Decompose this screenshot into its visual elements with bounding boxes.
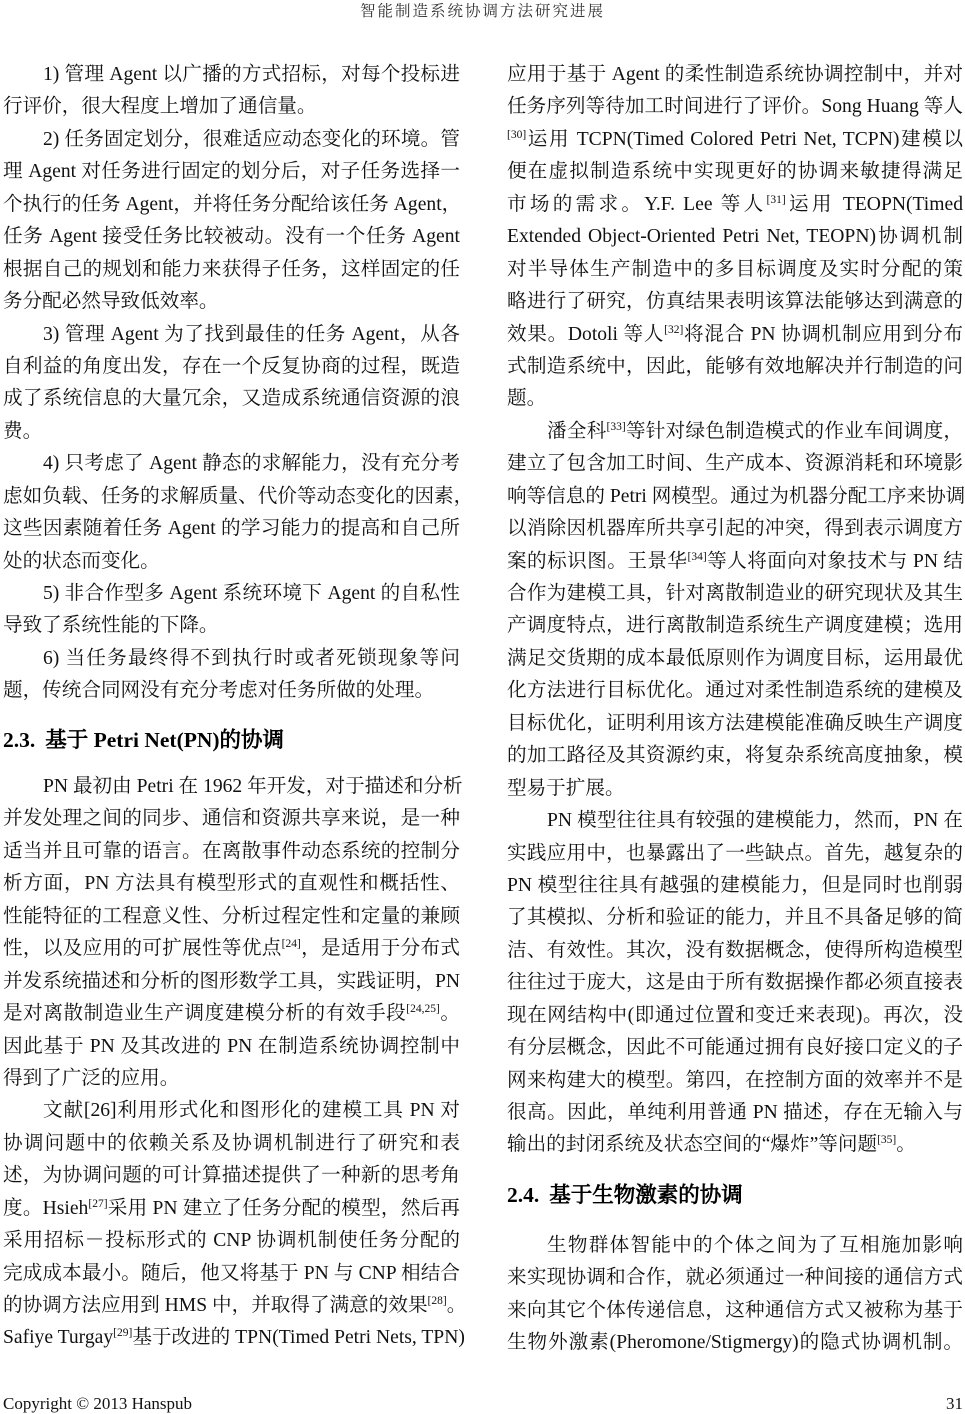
text-line: 有分层概念，因此不可能通过拥有良好接口定义的子 [507, 1032, 963, 1064]
line-text: 得到了广泛的应用。 [3, 1068, 179, 1089]
line-text: 采用 PN 建立了任务分配的模型，然后再 [108, 1198, 460, 1219]
line-text: 并发处理之间的同步、通信和资源共享来说，是一种 [3, 808, 460, 829]
line-text: 。 [896, 1134, 916, 1155]
paragraph: 4) 只考虑了 Agent 静态的求解能力，没有充分考虑如负载、任务的求解质量、… [3, 448, 460, 578]
line-text: 等针对绿色制造模式的作业车间调度， [626, 421, 963, 442]
line-text: 合作为建模工具，针对离散制造业的研究现状及其生 [507, 583, 963, 604]
line-text: 将混合 PN 协调机制应用到分布 [683, 324, 963, 345]
line-text: 费。 [3, 421, 42, 442]
citation-superscript: [34] [687, 551, 706, 563]
paragraph: 应用于基于 Agent 的柔性制造系统协调控制中，并对任务序列等待加工时间进行了… [507, 59, 963, 416]
line-text: 完成成本最小。随后，他又将基于 PN 与 CNP 相结合 [3, 1263, 460, 1284]
left-column-block-2: PN 最初由 Petri 在 1962 年开发，对于描述和分析并发处理之间的同步… [3, 771, 460, 1355]
footer-copyright: Copyright © 2013 Hanspub [3, 1392, 192, 1414]
text-line: 生物群体智能中的个体之间为了互相施加影响 [507, 1230, 963, 1262]
line-text: 6) 当任务最终得不到执行时或者死锁现象等问 [43, 648, 460, 669]
line-text: 案的标识图。王景华 [507, 551, 687, 572]
line-text: 式制造系统中，因此，能够有效地解决并行制造的问 [507, 356, 963, 377]
text-line: 理 Agent 对任务进行固定的划分后，对子任务选择一 [3, 156, 460, 188]
text-line: 4) 只考虑了 Agent 静态的求解能力，没有充分考 [3, 448, 460, 480]
running-header-title: 智能制造系统协调方法研究进展 [0, 0, 965, 22]
section-heading-2-3: 2.3.基于 Petri Net(PN)的协调 [3, 724, 284, 756]
text-line: 3) 管理 Agent 为了找到最佳的任务 Agent，从各 [3, 319, 460, 351]
line-text: 潘全科 [547, 421, 607, 442]
text-line: 网来构建大的模型。第四，在控制方面的效率并不是 [507, 1065, 963, 1097]
paragraph: PN 模型往往具有较强的建模能力，然而，PN 在实践应用中，也暴露出了一些缺点。… [507, 805, 963, 1162]
line-text: 是对离散制造业生产调度建模分析的有效手段 [3, 1003, 406, 1024]
line-text: 度。Hsieh [3, 1198, 88, 1219]
text-line: 潘全科[33]等针对绿色制造模式的作业车间调度， [507, 416, 963, 448]
text-line: 以消除因机器库所共享引起的冲突，得到表示调度方 [507, 513, 963, 545]
text-line: PN 模型往往具有越强的建模能力，但是同时也削弱 [507, 870, 963, 902]
text-line: Extended Object-Oriented Petri Net, TEOP… [507, 221, 963, 253]
text-line: 是对离散制造业生产调度建模分析的有效手段[24,25]。 [3, 998, 460, 1030]
line-text: 述，为协调问题的可计算描述提供了一种新的思考角 [3, 1165, 460, 1186]
text-line: 响等信息的 Petri 网模型。通过为机器分配工序来协调 [507, 481, 963, 513]
section-title: 基于生物激素的协调 [549, 1183, 743, 1207]
citation-superscript: [24,25] [406, 1003, 440, 1015]
citation-superscript: [24] [282, 938, 301, 950]
text-line: 题。 [507, 383, 963, 415]
paragraph: 2) 任务固定划分，很难适应动态变化的环境。管理 Agent 对任务进行固定的划… [3, 124, 460, 319]
citation-superscript: [33] [607, 421, 626, 433]
text-line: 很高。因此，单纯利用普通 PN 描述，存在无输入与 [507, 1097, 963, 1129]
line-text: 对半导体生产制造中的多目标调度及实时分配的策 [507, 259, 963, 280]
paragraph: 5) 非合作型多 Agent 系统环境下 Agent 的自私性导致了系统性能的下… [3, 578, 460, 643]
line-text: 建立了包含加工时间、生产成本、资源消耗和环境影 [507, 453, 963, 474]
line-text: 5) 非合作型多 Agent 系统环境下 Agent 的自私性 [43, 583, 460, 604]
line-text: 因此基于 PN 及其改进的 PN 在制造系统协调控制中 [3, 1036, 460, 1057]
line-text: 题，传统合同网没有充分考虑对任务所做的处理。 [3, 680, 434, 701]
text-line: 了其模拟、分析和验证的能力，并且不具备足够的简 [507, 902, 963, 934]
line-text: 等人将面向对象技术与 PN 结 [707, 551, 963, 572]
text-line: 述，为协调问题的可计算描述提供了一种新的思考角 [3, 1160, 460, 1192]
line-text: 个执行的任务 Agent，并将任务分配给该任务 Agent， [3, 194, 461, 215]
text-line: 个执行的任务 Agent，并将任务分配给该任务 Agent， [3, 189, 460, 221]
text-line: 行评价，很大程度上增加了通信量。 [3, 91, 460, 123]
line-text: 有分层概念，因此不可能通过拥有良好接口定义的子 [507, 1037, 963, 1058]
text-line: 协调问题中的依赖关系及协调机制进行了研究和表 [3, 1128, 460, 1160]
text-line: 采用招标－投标形式的 CNP 协调机制使任务分配的 [3, 1225, 460, 1257]
text-line: 处的状态而变化。 [3, 546, 460, 578]
text-line: 市场的需求。Y.F. Lee 等人[31]运用 TEOPN(Timed [507, 189, 963, 221]
text-line: 得到了广泛的应用。 [3, 1063, 460, 1095]
line-text: 应用于基于 Agent 的柔性制造系统协调控制中，并对 [507, 64, 963, 85]
line-text: Extended Object-Oriented Petri Net, TEOP… [507, 226, 963, 247]
line-text: 响等信息的 Petri 网模型。通过为机器分配工序来协调 [507, 486, 965, 507]
text-line: PN 最初由 Petri 在 1962 年开发，对于描述和分析 [3, 771, 460, 803]
line-text: 自利益的角度出发，存在一个反复协商的过程，既造 [3, 356, 460, 377]
paragraph: PN 最初由 Petri 在 1962 年开发，对于描述和分析并发处理之间的同步… [3, 771, 460, 1095]
text-line: 对半导体生产制造中的多目标调度及实时分配的策 [507, 254, 963, 286]
line-text: 任务 Agent 接受任务比较被动。没有一个任务 Agent [3, 226, 460, 247]
line-text: 网来构建大的模型。第四，在控制方面的效率并不是 [507, 1070, 963, 1091]
paper-page: 智能制造系统协调方法研究进展 1) 管理 Agent 以广播的方式招标，对每个投… [0, 0, 965, 1414]
line-text: ，是适用于分布式 [301, 938, 460, 959]
text-line: 洁、有效性。其次，没有数据概念，使得所构造模型 [507, 935, 963, 967]
line-text: 。 [440, 1003, 460, 1024]
line-text: 运用 TEOPN(Timed [786, 194, 963, 215]
line-text: 采用招标－投标形式的 CNP 协调机制使任务分配的 [3, 1230, 460, 1251]
line-text: 2) 任务固定划分，很难适应动态变化的环境。管 [43, 129, 460, 150]
citation-superscript: [31] [766, 194, 785, 206]
text-line: 来向其它个体传递信息，这种通信方式又被称为基于 [507, 1295, 963, 1327]
text-line: 实践应用中，也暴露出了一些缺点。首先，越复杂的 [507, 838, 963, 870]
line-text: 产调度特点，进行离散制造系统生产调度建模；选用 [507, 615, 963, 636]
text-line: 任务 Agent 接受任务比较被动。没有一个任务 Agent [3, 221, 460, 253]
text-line: 化方法进行目标优化。通过对柔性制造系统的建模及 [507, 675, 963, 707]
line-text: 理 Agent 对任务进行固定的划分后，对子任务选择一 [3, 161, 460, 182]
line-text: PN 模型往往具有越强的建模能力，但是同时也削弱 [507, 875, 963, 896]
line-text: 以消除因机器库所共享引起的冲突，得到表示调度方 [507, 518, 963, 539]
citation-superscript: [32] [664, 324, 683, 336]
text-line: 并发处理之间的同步、通信和资源共享来说，是一种 [3, 803, 460, 835]
text-line: 成了系统信息的大量冗余，又造成系统通信资源的浪 [3, 383, 460, 415]
line-text: 题。 [507, 388, 546, 409]
paragraph: 潘全科[33]等针对绿色制造模式的作业车间调度，建立了包含加工时间、生产成本、资… [507, 416, 963, 805]
citation-superscript: [28] [428, 1295, 447, 1307]
text-line: 文献[26]利用形式化和图形化的建模工具 PN 对 [3, 1095, 460, 1127]
line-text: 现在网结构中(即通过位置和变迁来表现)。再次，没 [507, 1005, 963, 1026]
line-text: 生物群体智能中的个体之间为了互相施加影响 [547, 1235, 963, 1256]
line-text: 化方法进行目标优化。通过对柔性制造系统的建模及 [507, 680, 963, 701]
line-text: 成了系统信息的大量冗余，又造成系统通信资源的浪 [3, 388, 460, 409]
text-line: 生物外激素(Pheromone/Stigmergy)的隐式协调机制。 [507, 1327, 963, 1359]
line-text: 生物外激素(Pheromone/Stigmergy)的隐式协调机制。 [507, 1332, 963, 1353]
text-line: 满足交货期的成本最低原则作为调度目标，运用最优 [507, 643, 963, 675]
citation-superscript: [29] [113, 1327, 132, 1339]
line-text: 洁、有效性。其次，没有数据概念，使得所构造模型 [507, 940, 963, 961]
line-text: 任务序列等待加工时间进行了评价。Song Huang 等人 [507, 96, 963, 117]
text-line: 的加工路径及其资源约束，将复杂系统高度抽象，模 [507, 740, 963, 772]
line-text: 性能特征的工程意义性、分析过程定性和定量的兼顾 [3, 906, 460, 927]
line-text: 运用 TCPN(Timed Colored Petri Net, TCPN)建模… [526, 129, 963, 150]
line-text: 处的状态而变化。 [3, 551, 160, 572]
line-text: 3) 管理 Agent 为了找到最佳的任务 Agent，从各 [43, 324, 460, 345]
section-title: 基于 Petri Net(PN)的协调 [45, 728, 284, 752]
line-text: 了其模拟、分析和验证的能力，并且不具备足够的简 [507, 907, 963, 928]
text-line: 费。 [3, 416, 460, 448]
text-line: 务分配必然导致低效率。 [3, 286, 460, 318]
text-line: 任务序列等待加工时间进行了评价。Song Huang 等人 [507, 91, 963, 123]
line-text: 4) 只考虑了 Agent 静态的求解能力，没有充分考 [43, 453, 460, 474]
line-text: 适当并且可靠的语言。在离散事件动态系统的控制分 [3, 841, 460, 862]
right-column-block-2: 生物群体智能中的个体之间为了互相施加影响来实现协调和合作，就必须通过一种间接的通… [507, 1230, 963, 1360]
line-text: 务分配必然导致低效率。 [3, 291, 219, 312]
text-line: 案的标识图。王景华[34]等人将面向对象技术与 PN 结 [507, 546, 963, 578]
line-text: 根据自己的规划和能力来获得子任务，这样固定的任 [3, 259, 460, 280]
line-text: 基于改进的 TPN(Timed Petri Nets, TPN) [132, 1327, 465, 1348]
text-line: 效果。Dotoli 等人[32]将混合 PN 协调机制应用到分布 [507, 319, 963, 351]
text-line: 式制造系统中，因此，能够有效地解决并行制造的问 [507, 351, 963, 383]
text-line: 适当并且可靠的语言。在离散事件动态系统的控制分 [3, 836, 460, 868]
text-line: 5) 非合作型多 Agent 系统环境下 Agent 的自私性 [3, 578, 460, 610]
text-line: 来实现协调和合作，就必须通过一种间接的通信方式 [507, 1262, 963, 1294]
text-line: 这些因素随着任务 Agent 的学习能力的提高和自己所 [3, 513, 460, 545]
paragraph: 文献[26]利用形式化和图形化的建模工具 PN 对协调问题中的依赖关系及协调机制… [3, 1095, 460, 1355]
page-number: 31 [946, 1392, 963, 1414]
text-line: 型易于扩展。 [507, 773, 963, 805]
text-line: 建立了包含加工时间、生产成本、资源消耗和环境影 [507, 448, 963, 480]
text-line: 虑如负载、任务的求解质量、代价等动态变化的因素， [3, 481, 460, 513]
line-text: 略进行了研究，仿真结果表明该算法能够达到满意的 [507, 291, 963, 312]
text-line: 自利益的角度出发，存在一个反复协商的过程，既造 [3, 351, 460, 383]
text-line: 略进行了研究，仿真结果表明该算法能够达到满意的 [507, 286, 963, 318]
text-line: 并发系统描述和分析的图形数学工具，实践证明，PN [3, 966, 460, 998]
text-line: 现在网结构中(即通过位置和变迁来表现)。再次，没 [507, 1000, 963, 1032]
text-line: 导致了系统性能的下降。 [3, 610, 460, 642]
text-line: 根据自己的规划和能力来获得子任务，这样固定的任 [3, 254, 460, 286]
line-text: 析方面，PN 方法具有模型形式的直观性和概括性、 [3, 873, 460, 894]
line-text: 满足交货期的成本最低原则作为调度目标，运用最优 [507, 648, 963, 669]
text-line: 因此基于 PN 及其改进的 PN 在制造系统协调控制中 [3, 1031, 460, 1063]
text-line: 往往过于庞大，这是由于所有数据操作都必须直接表 [507, 967, 963, 999]
line-text: 很高。因此，单纯利用普通 PN 描述，存在无输入与 [507, 1102, 963, 1123]
line-text: 的协调方法应用到 HMS 中，并取得了满意的效果 [3, 1295, 428, 1316]
line-text: Safiye Turgay [3, 1327, 113, 1348]
line-text: 。 [447, 1295, 467, 1316]
text-line: 性，以及应用的可扩展性等优点[24]，是适用于分布式 [3, 933, 460, 965]
text-line: 输出的封闭系统及状态空间的“爆炸”等问题[35]。 [507, 1129, 963, 1161]
text-line: Safiye Turgay[29]基于改进的 TPN(Timed Petri N… [3, 1322, 460, 1354]
text-line: 1) 管理 Agent 以广播的方式招标，对每个投标进 [3, 59, 460, 91]
line-text: 性，以及应用的可扩展性等优点 [3, 938, 282, 959]
text-line: 题，传统合同网没有充分考虑对任务所做的处理。 [3, 675, 460, 707]
line-text: 协调问题中的依赖关系及协调机制进行了研究和表 [3, 1133, 460, 1154]
section-number: 2.3. [3, 728, 35, 752]
line-text: 文献[26]利用形式化和图形化的建模工具 PN 对 [43, 1100, 460, 1121]
line-text: 来向其它个体传递信息，这种通信方式又被称为基于 [507, 1300, 963, 1321]
text-line: 目标优化，证明利用该方法建模能准确反映生产调度 [507, 708, 963, 740]
paragraph: 1) 管理 Agent 以广播的方式招标，对每个投标进行评价，很大程度上增加了通… [3, 59, 460, 124]
line-text: 1) 管理 Agent 以广播的方式招标，对每个投标进 [43, 64, 460, 85]
line-text: 行评价，很大程度上增加了通信量。 [3, 96, 317, 117]
text-line: 完成成本最小。随后，他又将基于 PN 与 CNP 相结合 [3, 1258, 460, 1290]
section-heading-2-4: 2.4.基于生物激素的协调 [507, 1179, 743, 1211]
line-text: 输出的封闭系统及状态空间的“爆炸”等问题 [507, 1134, 877, 1155]
line-text: 便在虚拟制造系统中实现更好的协调来敏捷得满足 [507, 161, 963, 182]
citation-superscript: [27] [88, 1198, 107, 1210]
text-line: 度。Hsieh[27]采用 PN 建立了任务分配的模型，然后再 [3, 1193, 460, 1225]
line-text: 来实现协调和合作，就必须通过一种间接的通信方式 [507, 1267, 963, 1288]
text-line: 析方面，PN 方法具有模型形式的直观性和概括性、 [3, 868, 460, 900]
citation-superscript: [30] [507, 129, 526, 141]
line-text: 实践应用中，也暴露出了一些缺点。首先，越复杂的 [507, 843, 963, 864]
citation-superscript: [35] [877, 1134, 896, 1146]
line-text: PN 模型往往具有较强的建模能力，然而，PN 在 [547, 810, 963, 831]
text-line: 的协调方法应用到 HMS 中，并取得了满意的效果[28]。 [3, 1290, 460, 1322]
paragraph: 生物群体智能中的个体之间为了互相施加影响来实现协调和合作，就必须通过一种间接的通… [507, 1230, 963, 1360]
left-column-block-1: 1) 管理 Agent 以广播的方式招标，对每个投标进行评价，很大程度上增加了通… [3, 59, 460, 708]
line-text: 的加工路径及其资源约束，将复杂系统高度抽象，模 [507, 745, 963, 766]
text-line: [30]运用 TCPN(Timed Colored Petri Net, TCP… [507, 124, 963, 156]
text-line: 性能特征的工程意义性、分析过程定性和定量的兼顾 [3, 901, 460, 933]
text-line: 产调度特点，进行离散制造系统生产调度建模；选用 [507, 610, 963, 642]
text-line: PN 模型往往具有较强的建模能力，然而，PN 在 [507, 805, 963, 837]
line-text: PN 最初由 Petri 在 1962 年开发，对于描述和分析 [43, 776, 463, 797]
line-text: 导致了系统性能的下降。 [3, 615, 219, 636]
line-text: 往往过于庞大，这是由于所有数据操作都必须直接表 [507, 972, 963, 993]
right-column-block-1: 应用于基于 Agent 的柔性制造系统协调控制中，并对任务序列等待加工时间进行了… [507, 59, 963, 1162]
text-line: 2) 任务固定划分，很难适应动态变化的环境。管 [3, 124, 460, 156]
line-text: 型易于扩展。 [507, 778, 625, 799]
line-text: 效果。Dotoli 等人 [507, 324, 664, 345]
line-text: 市场的需求。Y.F. Lee 等人 [507, 194, 766, 215]
text-line: 应用于基于 Agent 的柔性制造系统协调控制中，并对 [507, 59, 963, 91]
paragraph: 3) 管理 Agent 为了找到最佳的任务 Agent，从各自利益的角度出发，存… [3, 319, 460, 449]
text-line: 便在虚拟制造系统中实现更好的协调来敏捷得满足 [507, 156, 963, 188]
line-text: 并发系统描述和分析的图形数学工具，实践证明，PN [3, 971, 460, 992]
paragraph: 6) 当任务最终得不到执行时或者死锁现象等问题，传统合同网没有充分考虑对任务所做… [3, 643, 460, 708]
text-line: 合作为建模工具，针对离散制造业的研究现状及其生 [507, 578, 963, 610]
line-text: 虑如负载、任务的求解质量、代价等动态变化的因素， [3, 486, 473, 507]
section-number: 2.4. [507, 1183, 539, 1207]
text-line: 6) 当任务最终得不到执行时或者死锁现象等问 [3, 643, 460, 675]
line-text: 目标优化，证明利用该方法建模能准确反映生产调度 [507, 713, 963, 734]
line-text: 这些因素随着任务 Agent 的学习能力的提高和自己所 [3, 518, 460, 539]
